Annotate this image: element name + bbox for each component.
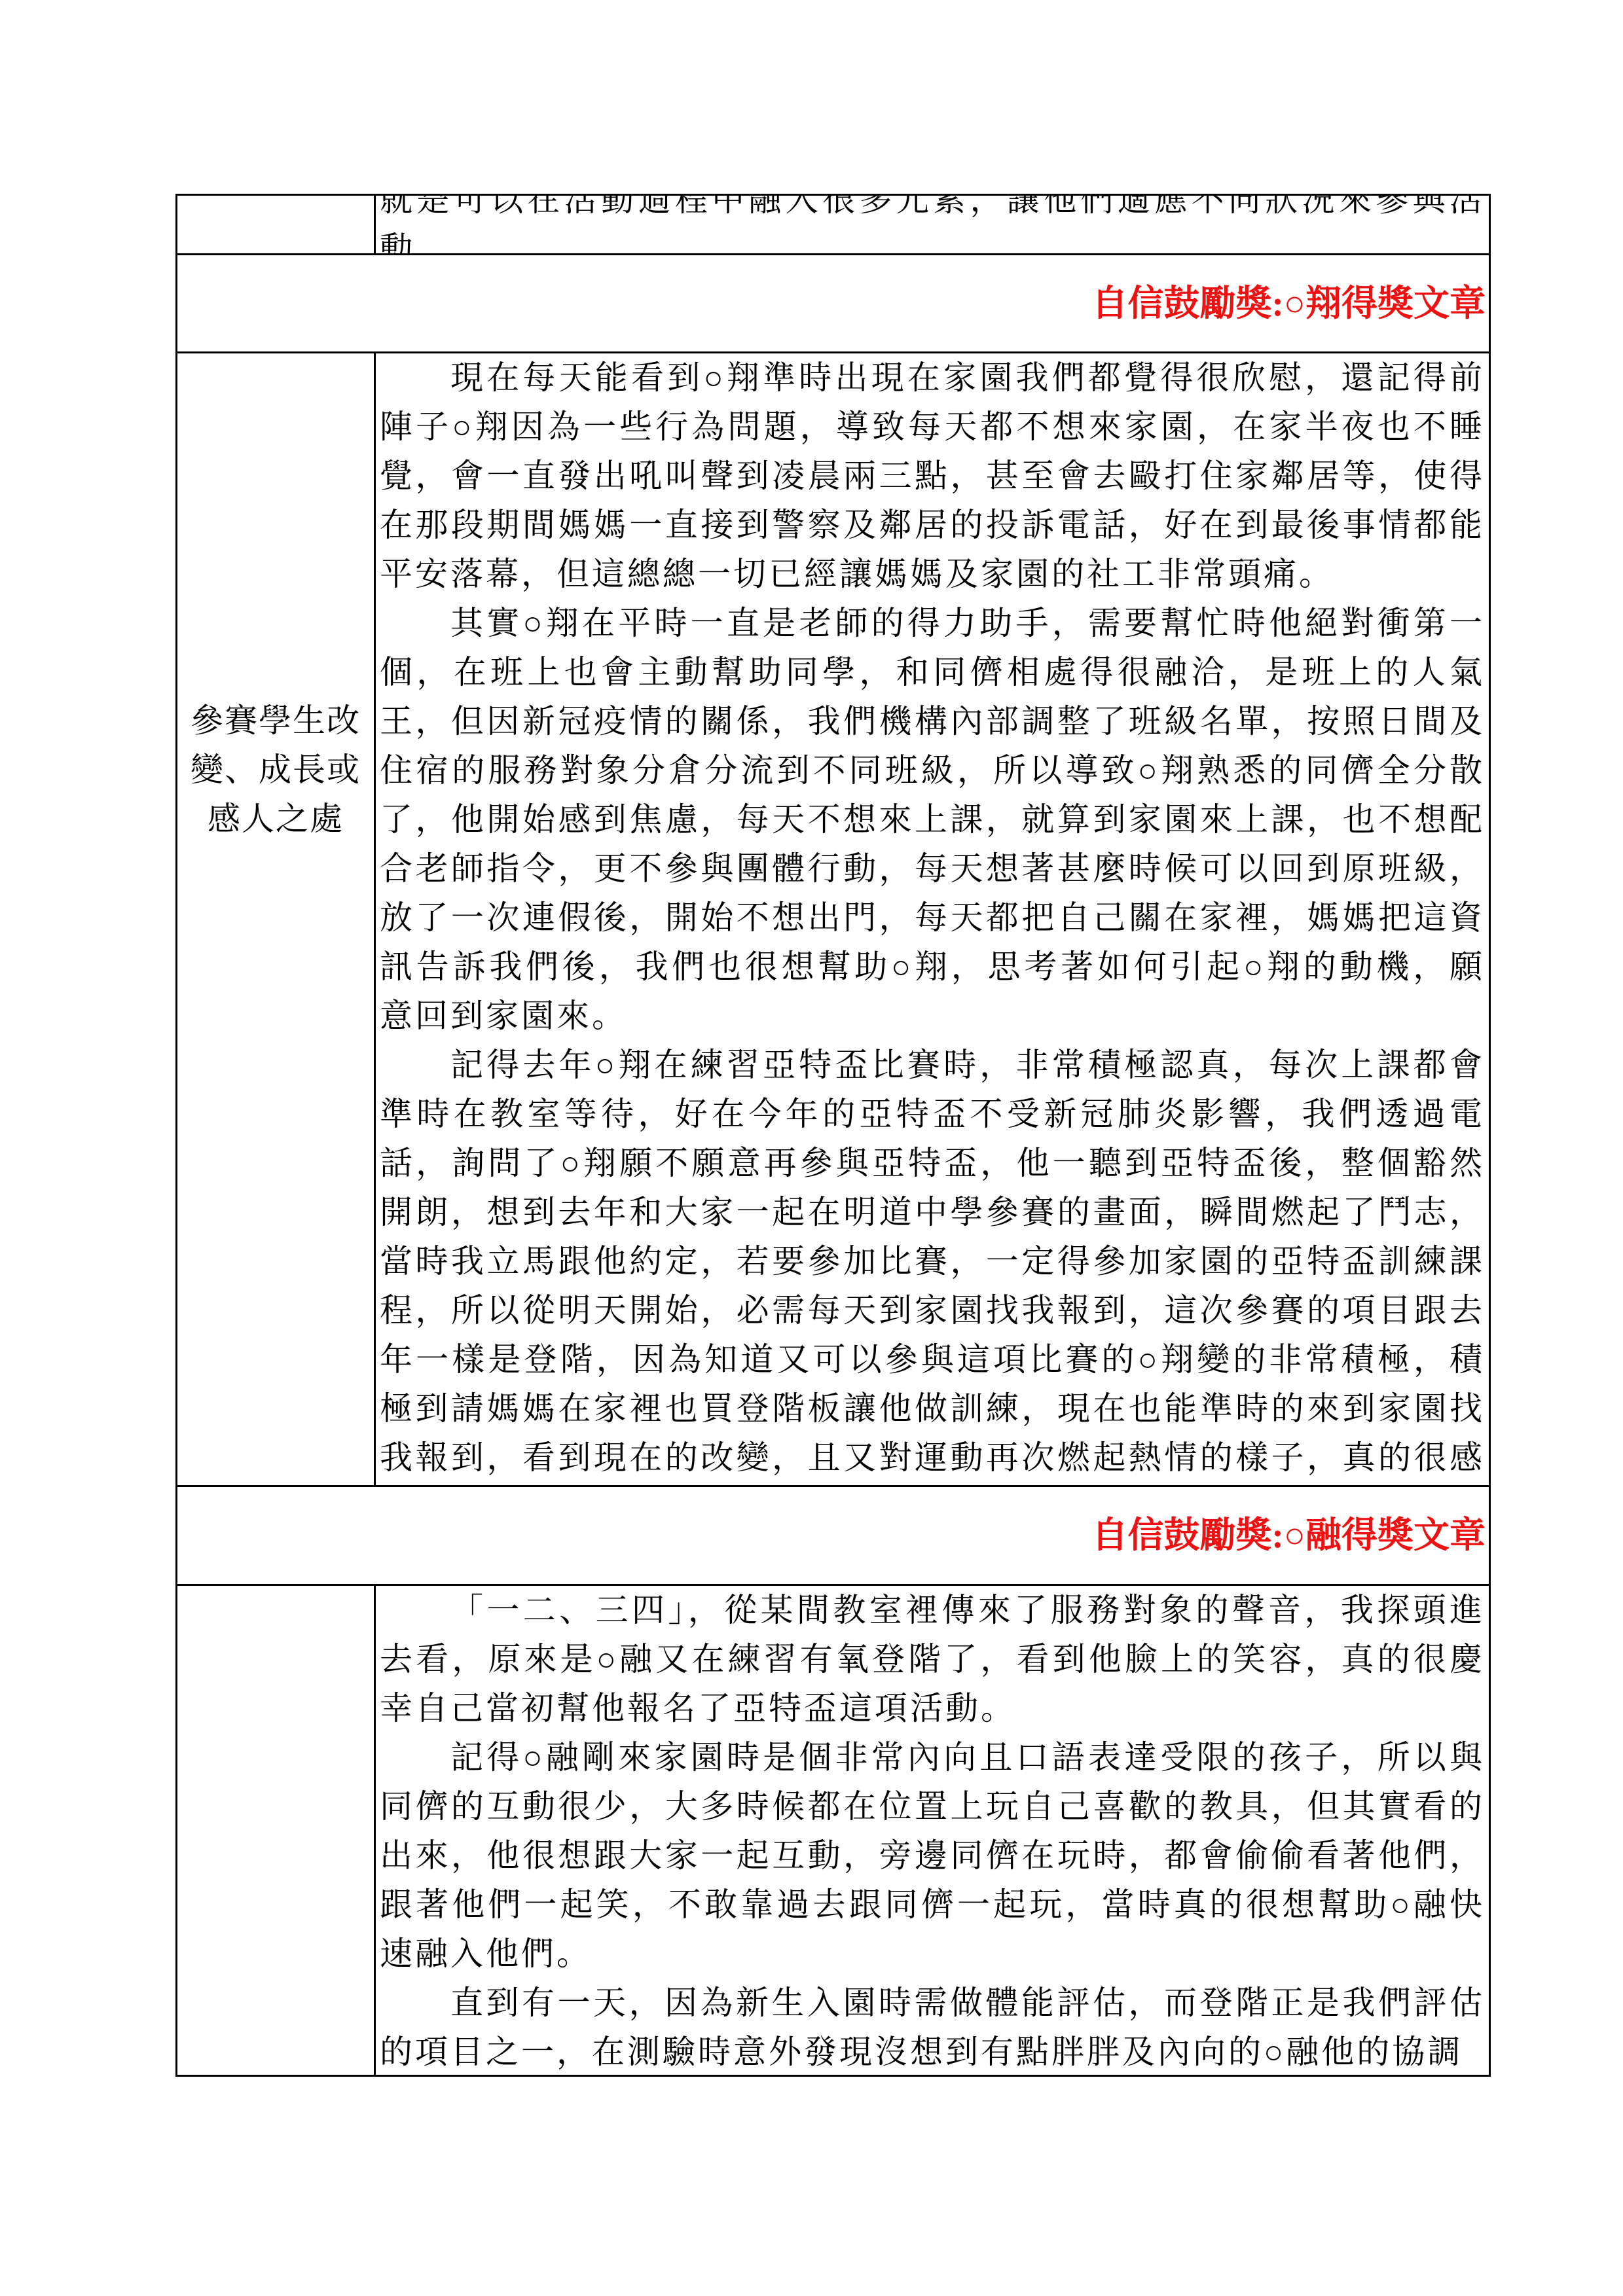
document-page: 就是可以在活動過程中融入很多元素，讓他們適應不同狀況來參與活動。 自信鼓勵獎:○… [0, 0, 1623, 2296]
continuation-paragraph: 就是可以在活動過程中融入很多元素，讓他們適應不同狀況來參與活動。 [380, 196, 1485, 253]
second-article-cell: 「一二、三四」，從某間教室裡傳來了服務對象的聲音，我探頭進去看，原來是○融又在練… [376, 1586, 1489, 2075]
award-articles-table: 就是可以在活動過程中融入很多元素，讓他們適應不同狀況來參與活動。 自信鼓勵獎:○… [175, 194, 1491, 2077]
continuation-cell: 就是可以在活動過程中融入很多元素，讓他們適應不同狀況來參與活動。 [376, 196, 1489, 253]
main-article-row: 參賽學生改 變、成長或 感人之處 現在每天能看到○翔準時出現在家園我們都覺得很欣… [177, 351, 1489, 1485]
empty-label-cell [177, 196, 376, 253]
row-label-cell: 參賽學生改 變、成長或 感人之處 [177, 353, 376, 1485]
award-header-1-title: 自信鼓勵獎:○翔得獎文章 [1091, 284, 1486, 323]
award-header-row-2: 自信鼓勵獎:○融得獎文章 [177, 1485, 1489, 1584]
second-article-row: 「一二、三四」，從某間教室裡傳來了服務對象的聲音，我探頭進去看，原來是○融又在練… [177, 1584, 1489, 2075]
continuation-row: 就是可以在活動過程中融入很多元素，讓他們適應不同狀況來參與活動。 [177, 196, 1489, 253]
row-label-line-1: 參賽學生改 [177, 696, 374, 745]
main-article-paragraph-3: 記得去年○翔在練習亞特盃比賽時，非常積極認真，每次上課都會準時在教室等待，好在今… [380, 1041, 1485, 1485]
main-article-paragraph-2: 其實○翔在平時一直是老師的得力助手，需要幫忙時他絕對衝第一個，在班上也會主動幫助… [380, 599, 1485, 1041]
row-label-line-2: 變、成長或 [177, 745, 374, 795]
empty-label-cell-2 [177, 1586, 376, 2075]
row-label-line-3: 感人之處 [177, 795, 374, 844]
row-label: 參賽學生改 變、成長或 感人之處 [177, 696, 374, 844]
second-article-paragraph-1: 「一二、三四」，從某間教室裡傳來了服務對象的聲音，我探頭進去看，原來是○融又在練… [380, 1586, 1485, 1733]
main-article-cell: 現在每天能看到○翔準時出現在家園我們都覺得很欣慰，還記得前陣子○翔因為一些行為問… [376, 353, 1489, 1485]
award-header-row-1: 自信鼓勵獎:○翔得獎文章 [177, 253, 1489, 351]
award-header-2-title: 自信鼓勵獎:○融得獎文章 [1091, 1516, 1486, 1555]
main-article-paragraph-1: 現在每天能看到○翔準時出現在家園我們都覺得很欣慰，還記得前陣子○翔因為一些行為問… [380, 353, 1485, 599]
second-article-paragraph-2: 記得○融剛來家園時是個非常內向且口語表達受限的孩子，所以與同儕的互動很少，大多時… [380, 1733, 1485, 1979]
second-article-paragraph-3: 直到有一天，因為新生入園時需做體能評估，而登階正是我們評估的項目之一，在測驗時意… [380, 1979, 1485, 2075]
